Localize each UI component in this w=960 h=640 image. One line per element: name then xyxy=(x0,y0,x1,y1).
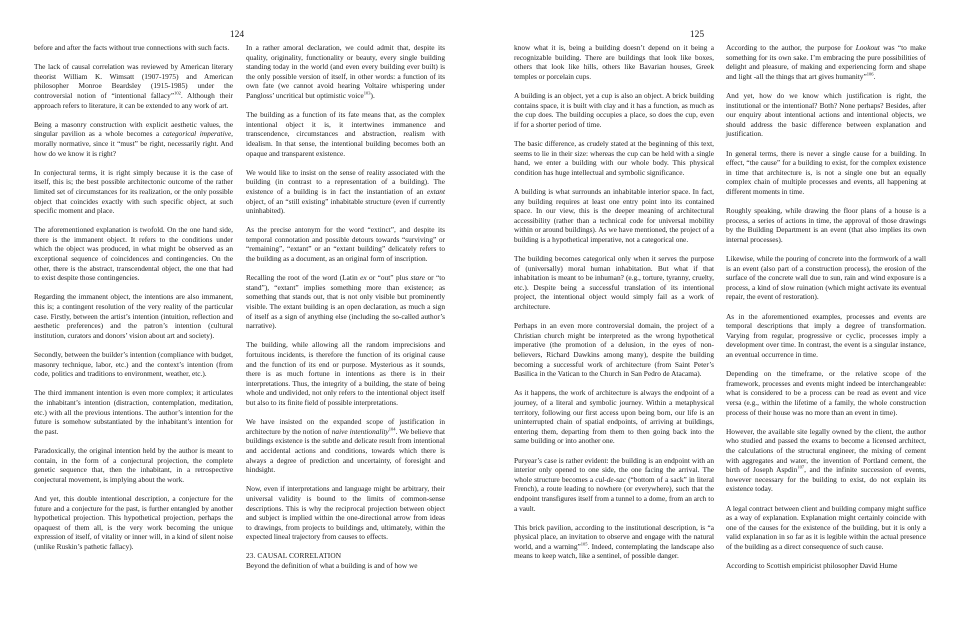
paragraph: As the precise antonym for the word “ext… xyxy=(246,225,445,263)
paragraph: The lack of causal correlation was revie… xyxy=(34,62,233,110)
paragraph: know what it is, being a building doesn’… xyxy=(514,43,714,81)
paragraph: The building as a function of its fate m… xyxy=(246,110,445,158)
paragraph: This brick pavilion, according to the in… xyxy=(514,523,714,561)
paragraph: Likewise, while the pouring of concrete … xyxy=(726,254,926,302)
paragraph: Depending on the timeframe, or the relat… xyxy=(726,369,926,417)
paragraph: Recalling the root of the word (Latin ex… xyxy=(246,273,445,331)
paragraph: A legal contract between client and buil… xyxy=(726,504,926,552)
page-number: 125 xyxy=(677,29,717,41)
book-spread: 124 before and after the facts without t… xyxy=(0,0,960,640)
paragraph: Beyond the definition of what a building… xyxy=(246,561,445,571)
paragraph: A building is what surrounds an inhabita… xyxy=(514,187,714,245)
paragraph: Now, even if interpretations and languag… xyxy=(246,484,445,542)
right-page-column-1: know what it is, being a building doesn’… xyxy=(514,43,714,571)
paragraph: And yet, how do we know which justificat… xyxy=(726,91,926,139)
left-page-column-1: before and after the facts without true … xyxy=(34,43,233,561)
paragraph: The building, while allowing all the ran… xyxy=(246,340,445,407)
paragraph: A building is an object, yet a cup is al… xyxy=(514,91,714,129)
paragraph: In conjectural terms, it is right simply… xyxy=(34,168,233,216)
footnote-ref: 103 xyxy=(364,91,371,96)
right-page: 125 know what it is, being a building do… xyxy=(480,0,960,640)
paragraph: Regarding the immanent object, the inten… xyxy=(34,292,233,340)
paragraph: The basic difference, as crudely stated … xyxy=(514,139,714,177)
paragraph: As in the aforementioned examples, proce… xyxy=(726,312,926,360)
paragraph: In a rather amoral declaration, we could… xyxy=(246,43,445,101)
paragraph: According to Scottish empiricist philoso… xyxy=(726,561,926,571)
paragraph: Paradoxically, the original intention he… xyxy=(34,446,233,484)
right-page-column-2: According to the author, the purpose for… xyxy=(726,43,926,571)
paragraph: Being a masonry construction with explic… xyxy=(34,120,233,158)
paragraph: Roughly speaking, while drawing the floo… xyxy=(726,206,926,244)
paragraph: before and after the facts without true … xyxy=(34,43,233,53)
section-heading: 23. CAUSAL CORRELATION xyxy=(246,551,445,561)
paragraph: However, the available site legally owne… xyxy=(726,427,926,494)
footnote-ref: 102 xyxy=(174,91,181,96)
paragraph: In general terms, there is never a singl… xyxy=(726,149,926,197)
paragraph: The aforementioned explanation is twofol… xyxy=(34,225,233,283)
paragraph: We would like to insist on the sense of … xyxy=(246,168,445,216)
paragraph: We have insisted on the expanded scope o… xyxy=(246,417,445,475)
paragraph: As it happens, the work of architecture … xyxy=(514,388,714,446)
paragraph: Secondly, between the builder’s intentio… xyxy=(34,350,233,379)
footnote-ref: 105 xyxy=(581,541,588,546)
paragraph: According to the author, the purpose for… xyxy=(726,43,926,81)
footnote-ref: 104 xyxy=(389,426,396,431)
page-number: 124 xyxy=(217,29,257,41)
paragraph: And yet, this double intentional descrip… xyxy=(34,494,233,552)
paragraph: Perhaps in an even more controversial do… xyxy=(514,321,714,379)
paragraph: The building becomes categorical only wh… xyxy=(514,254,714,312)
paragraph: The third immanent intention is even mor… xyxy=(34,388,233,436)
left-page: 124 before and after the facts without t… xyxy=(0,0,480,640)
left-page-column-2: In a rather amoral declaration, we could… xyxy=(246,43,445,571)
paragraph: Puryear’s case is rather evident: the bu… xyxy=(514,456,714,514)
